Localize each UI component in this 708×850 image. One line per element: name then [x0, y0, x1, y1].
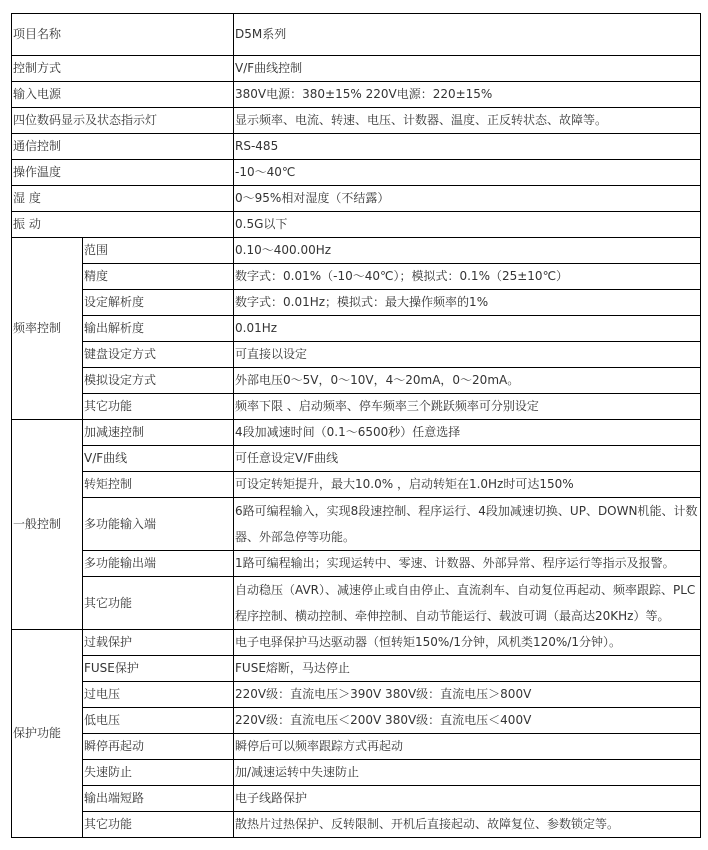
- row-label: 瞬停再起动: [83, 734, 234, 760]
- row-label: 加减速控制: [83, 420, 234, 446]
- table-row: 模拟设定方式 外部电压0～5V，0～10V，4～20mA，0～20mA。: [12, 368, 701, 394]
- row-value: 220V级：直流电压＜200V 380V级：直流电压＜400V: [234, 708, 701, 734]
- table-row: 过电压 220V级：直流电压＞390V 380V级：直流电压＞800V: [12, 682, 701, 708]
- table-row: 瞬停再起动 瞬停后可以频率跟踪方式再起动: [12, 734, 701, 760]
- row-value: 散热片过热保护、反转限制、开机后直接起动、故障复位、参数锁定等。: [234, 812, 701, 838]
- table-row: 键盘设定方式 可直接以设定: [12, 342, 701, 368]
- row-label: FUSE保护: [83, 656, 234, 682]
- row-value: 1路可编程输出；实现运转中、零速、计数器、外部异常、程序运行等指示及报警。: [234, 551, 701, 577]
- row-value: 380V电源：380±15% 220V电源：220±15%: [234, 82, 701, 108]
- row-label: 项目名称: [12, 14, 234, 56]
- table-row: 频率控制 范围 0.10～400.00Hz: [12, 238, 701, 264]
- row-value: 4段加减速时间（0.1～6500秒）任意选择: [234, 420, 701, 446]
- table-row: V/F曲线 可任意设定V/F曲线: [12, 446, 701, 472]
- row-label: 转矩控制: [83, 472, 234, 498]
- row-value: 可设定转矩提升，最大10.0% ，启动转矩在1.0Hz时可达150%: [234, 472, 701, 498]
- table-row: 一般控制 加减速控制 4段加减速时间（0.1～6500秒）任意选择: [12, 420, 701, 446]
- row-label: 控制方式: [12, 56, 234, 82]
- table-row: 输入电源 380V电源：380±15% 220V电源：220±15%: [12, 82, 701, 108]
- table-row: 四位数码显示及状态指示灯 显示频率、电流、转速、电压、计数器、温度、正反转状态、…: [12, 108, 701, 134]
- row-label: 操作温度: [12, 160, 234, 186]
- row-value: 外部电压0～5V，0～10V，4～20mA，0～20mA。: [234, 368, 701, 394]
- row-label: 多功能输出端: [83, 551, 234, 577]
- row-value: 可直接以设定: [234, 342, 701, 368]
- table-row: 精度 数字式：0.01%（-10～40℃）；模拟式：0.1%（25±10℃）: [12, 264, 701, 290]
- table-row: 低电压 220V级：直流电压＜200V 380V级：直流电压＜400V: [12, 708, 701, 734]
- row-value: FUSE熔断，马达停止: [234, 656, 701, 682]
- row-label: 低电压: [83, 708, 234, 734]
- row-value: 电子线路保护: [234, 786, 701, 812]
- row-label: 键盘设定方式: [83, 342, 234, 368]
- row-value: 0.01Hz: [234, 316, 701, 342]
- row-label: 过电压: [83, 682, 234, 708]
- row-value: 加/减速运转中失速防止: [234, 760, 701, 786]
- row-label: 其它功能: [83, 394, 234, 420]
- row-label: V/F曲线: [83, 446, 234, 472]
- table-row: 控制方式 V/F曲线控制: [12, 56, 701, 82]
- table-row: 项目名称 D5M系列: [12, 14, 701, 56]
- table-row: 振 动 0.5G以下: [12, 212, 701, 238]
- table-row: 保护功能 过载保护 电子电驿保护马达驱动器（恒转矩150%/1分钟，风机类120…: [12, 630, 701, 656]
- row-label: 其它功能: [83, 812, 234, 838]
- row-label: 多功能输入端: [83, 498, 234, 551]
- table-row: 失速防止 加/减速运转中失速防止: [12, 760, 701, 786]
- row-label: 通信控制: [12, 134, 234, 160]
- table-row: 输出解析度 0.01Hz: [12, 316, 701, 342]
- row-value: 220V级：直流电压＞390V 380V级：直流电压＞800V: [234, 682, 701, 708]
- row-label: 设定解析度: [83, 290, 234, 316]
- table-row: 湿 度 0～95%相对湿度（不结露）: [12, 186, 701, 212]
- row-value: 可任意设定V/F曲线: [234, 446, 701, 472]
- row-value: V/F曲线控制: [234, 56, 701, 82]
- table-row: 设定解析度 数字式：0.01Hz；模拟式：最大操作频率的1%: [12, 290, 701, 316]
- row-label: 振 动: [12, 212, 234, 238]
- row-value: D5M系列: [234, 14, 701, 56]
- table-row: 操作温度 -10～40℃: [12, 160, 701, 186]
- table-row: 其它功能 频率下限 、启动频率、停车频率三个跳跃频率可分别设定: [12, 394, 701, 420]
- row-label: 精度: [83, 264, 234, 290]
- row-value: 显示频率、电流、转速、电压、计数器、温度、正反转状态、故障等。: [234, 108, 701, 134]
- row-label: 范围: [83, 238, 234, 264]
- row-value: 自动稳压（AVR）、减速停止或自由停止、直流刹车、自动复位再起动、频率跟踪、PL…: [234, 577, 701, 630]
- row-value: 0.10～400.00Hz: [234, 238, 701, 264]
- table-row: 多功能输出端 1路可编程输出；实现运转中、零速、计数器、外部异常、程序运行等指示…: [12, 551, 701, 577]
- row-value: RS-485: [234, 134, 701, 160]
- row-label: 模拟设定方式: [83, 368, 234, 394]
- table-row: 通信控制 RS-485: [12, 134, 701, 160]
- row-value: 瞬停后可以频率跟踪方式再起动: [234, 734, 701, 760]
- row-label: 输入电源: [12, 82, 234, 108]
- row-value: 频率下限 、启动频率、停车频率三个跳跃频率可分别设定: [234, 394, 701, 420]
- group-label-general-control: 一般控制: [12, 420, 83, 630]
- table-row: FUSE保护 FUSE熔断，马达停止: [12, 656, 701, 682]
- row-label: 输出解析度: [83, 316, 234, 342]
- row-value: 0.5G以下: [234, 212, 701, 238]
- row-label: 失速防止: [83, 760, 234, 786]
- row-label: 输出端短路: [83, 786, 234, 812]
- spec-table: 项目名称 D5M系列 控制方式 V/F曲线控制 输入电源 380V电源：380±…: [11, 13, 701, 838]
- row-value: -10～40℃: [234, 160, 701, 186]
- group-label-frequency-control: 频率控制: [12, 238, 83, 420]
- row-label: 湿 度: [12, 186, 234, 212]
- group-label-protection: 保护功能: [12, 630, 83, 838]
- row-value: 0～95%相对湿度（不结露）: [234, 186, 701, 212]
- row-value: 数字式：0.01Hz；模拟式：最大操作频率的1%: [234, 290, 701, 316]
- row-label: 其它功能: [83, 577, 234, 630]
- table-row: 输出端短路 电子线路保护: [12, 786, 701, 812]
- table-row: 其它功能 散热片过热保护、反转限制、开机后直接起动、故障复位、参数锁定等。: [12, 812, 701, 838]
- table-row: 其它功能 自动稳压（AVR）、减速停止或自由停止、直流刹车、自动复位再起动、频率…: [12, 577, 701, 630]
- row-value: 6路可编程输入，实现8段速控制、程序运行、4段加减速切换、UP、DOWN机能、计…: [234, 498, 701, 551]
- table-row: 转矩控制 可设定转矩提升，最大10.0% ，启动转矩在1.0Hz时可达150%: [12, 472, 701, 498]
- table-row: 多功能输入端 6路可编程输入，实现8段速控制、程序运行、4段加减速切换、UP、D…: [12, 498, 701, 551]
- row-label: 四位数码显示及状态指示灯: [12, 108, 234, 134]
- row-value: 数字式：0.01%（-10～40℃）；模拟式：0.1%（25±10℃）: [234, 264, 701, 290]
- row-label: 过载保护: [83, 630, 234, 656]
- row-value: 电子电驿保护马达驱动器（恒转矩150%/1分钟，风机类120%/1分钟）。: [234, 630, 701, 656]
